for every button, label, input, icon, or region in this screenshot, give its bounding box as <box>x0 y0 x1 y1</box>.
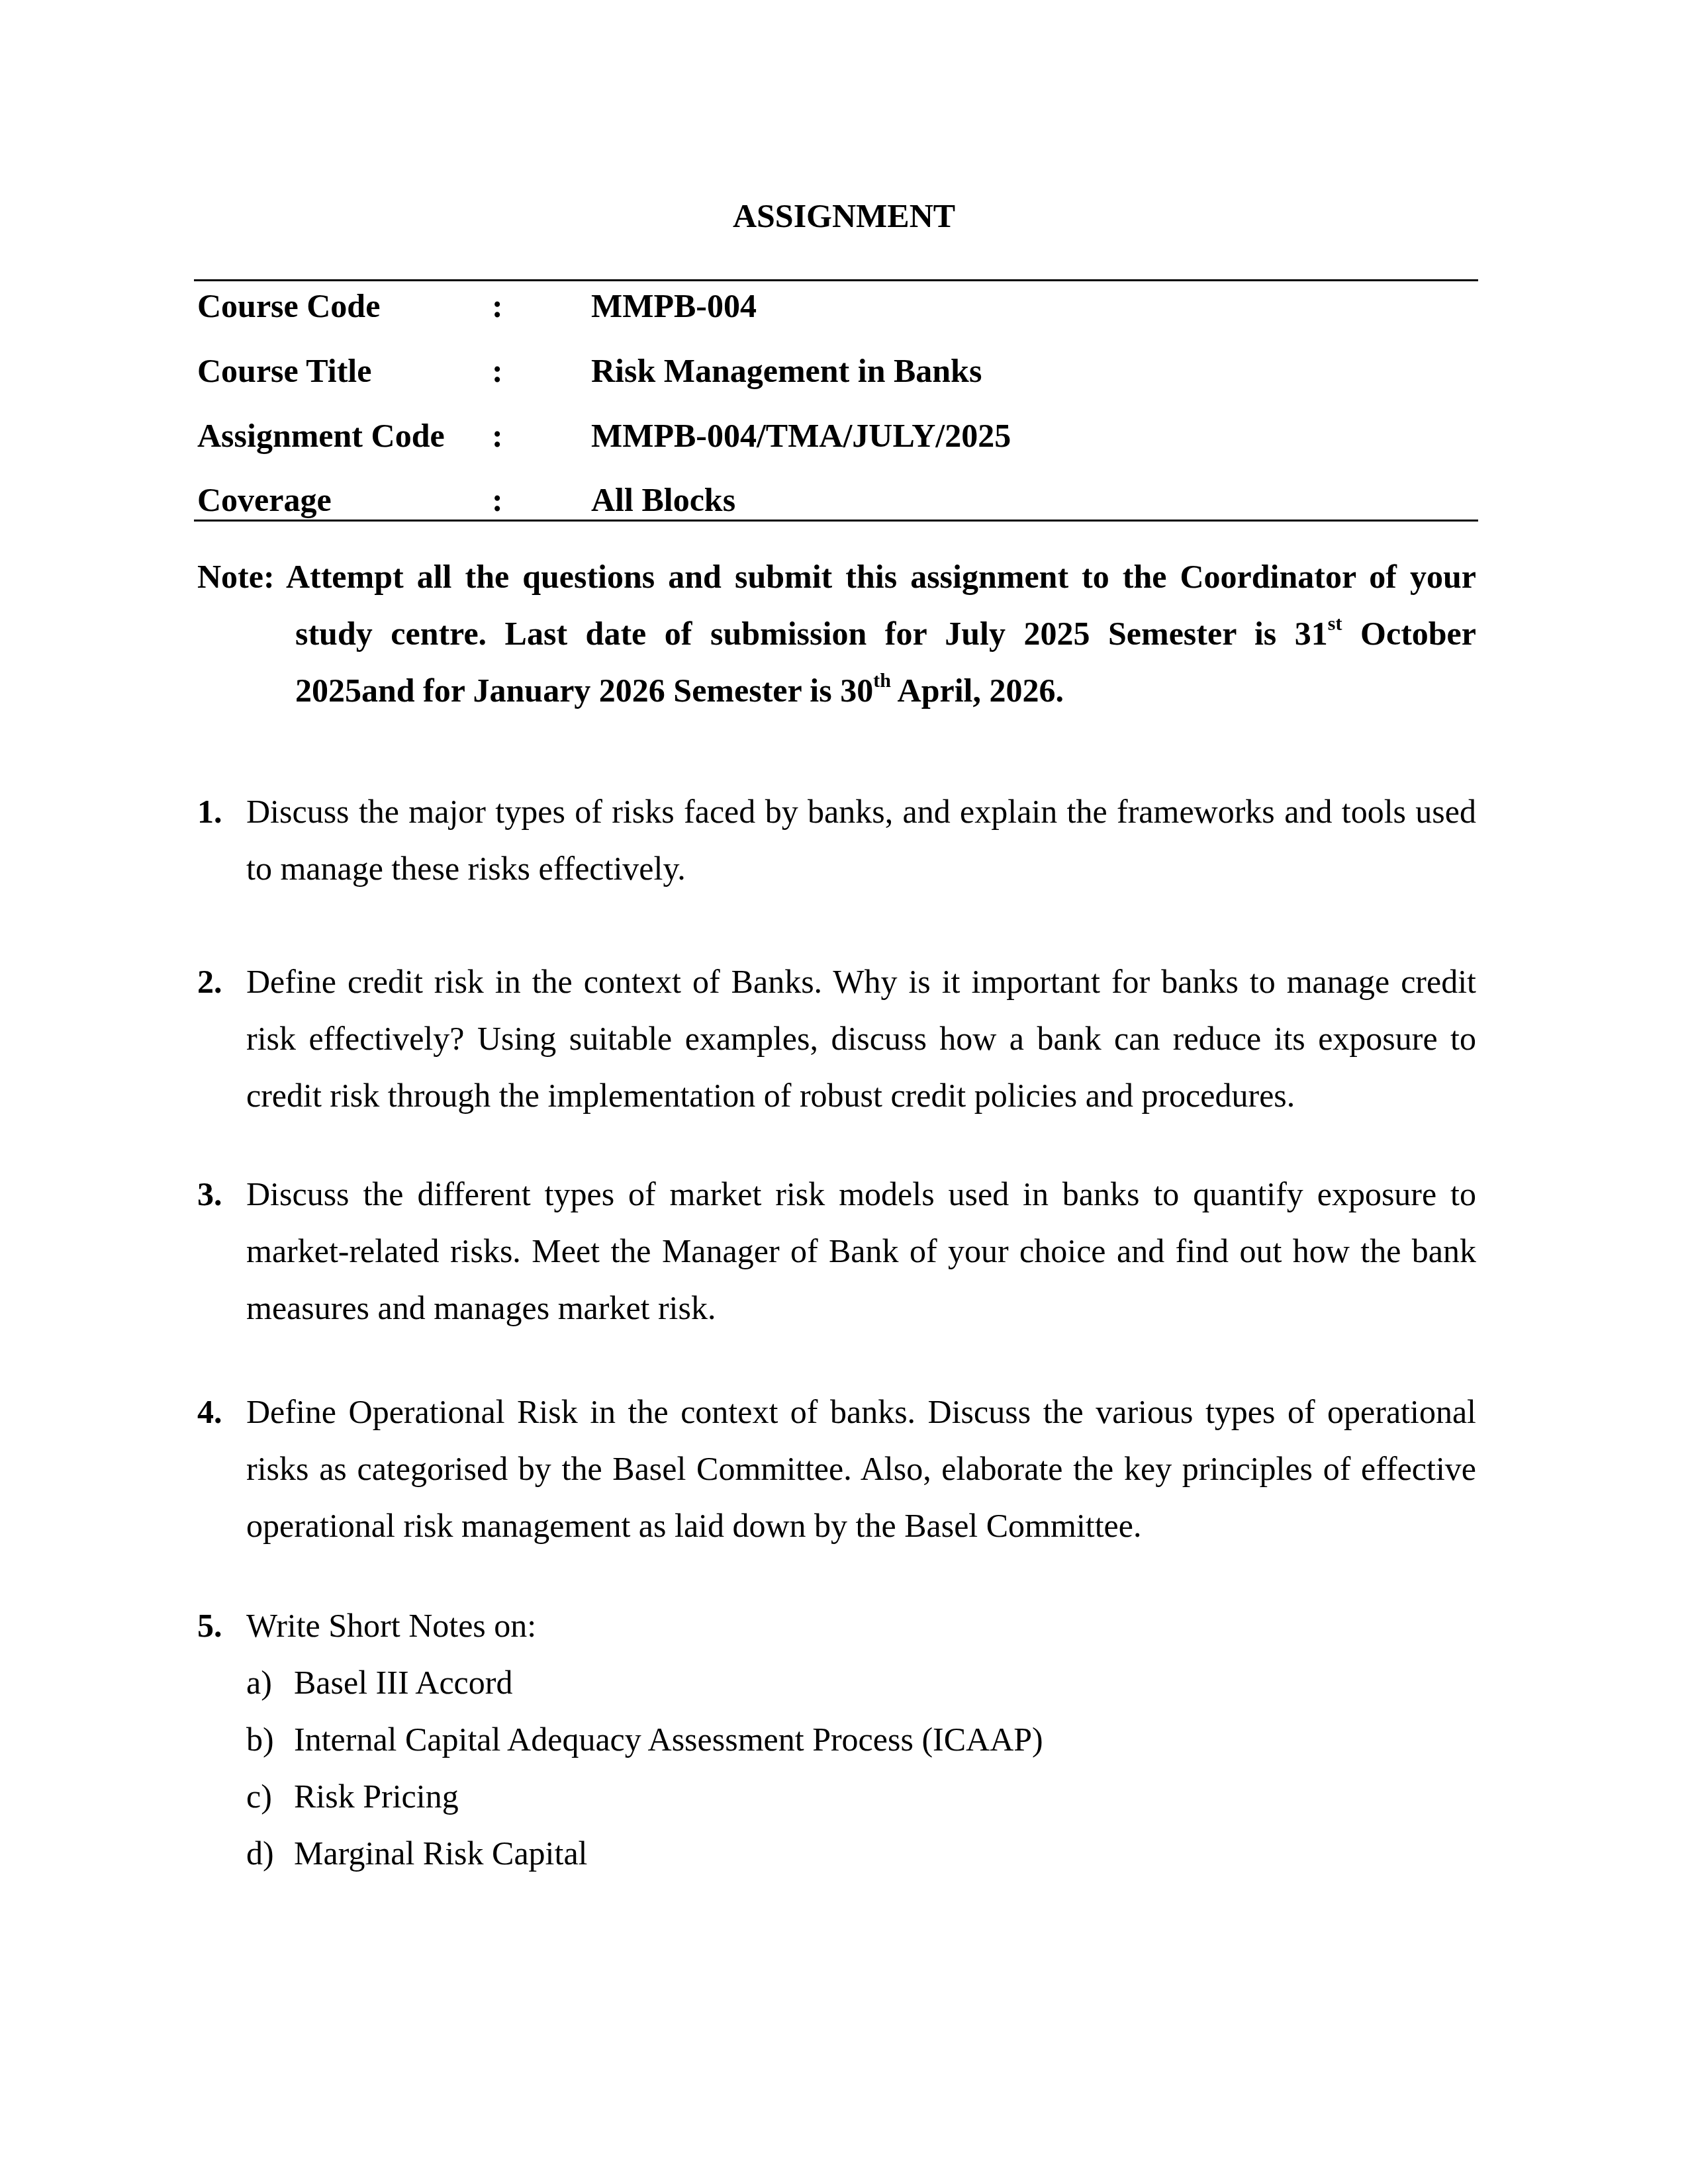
question-4: 4. Define Operational Risk in the contex… <box>197 1383 1476 1554</box>
meta-label: Course Title <box>197 351 371 390</box>
meta-label: Course Code <box>197 286 380 326</box>
note-sup-2: th <box>873 670 891 692</box>
subitem-letter: c) <box>246 1768 272 1825</box>
question-1: 1. Discuss the major types of risks face… <box>197 783 1476 897</box>
assignment-page: ASSIGNMENT Course Code : MMPB-004 Course… <box>0 0 1688 2184</box>
subitem-letter: d) <box>246 1825 274 1882</box>
meta-value: MMPB-004 <box>591 286 757 326</box>
question-number: 4. <box>197 1383 222 1440</box>
page-title: ASSIGNMENT <box>0 196 1688 236</box>
question-number: 2. <box>197 953 222 1010</box>
subitem-text: Marginal Risk Capital <box>294 1825 587 1882</box>
subitem-b: b) Internal Capital Adequacy Assessment … <box>197 1711 1476 1768</box>
subitem-d: d) Marginal Risk Capital <box>197 1825 1476 1882</box>
meta-label: Assignment Code <box>197 416 445 455</box>
question-text: Discuss the different types of market ri… <box>246 1165 1476 1336</box>
question-text: Define Operational Risk in the context o… <box>246 1383 1476 1554</box>
note-sup-1: st <box>1328 613 1342 635</box>
question-5: 5. Write Short Notes on: a) Basel III Ac… <box>197 1597 1476 1882</box>
subitem-text: Basel III Accord <box>294 1654 512 1711</box>
meta-separator: : <box>492 480 503 520</box>
subitem-a: a) Basel III Accord <box>197 1654 1476 1711</box>
question-text: Write Short Notes on: <box>246 1597 1476 1654</box>
meta-separator: : <box>492 286 503 326</box>
question-number: 1. <box>197 783 222 840</box>
subitem-letter: a) <box>246 1654 272 1711</box>
question-text: Discuss the major types of risks faced b… <box>246 783 1476 897</box>
submission-note: Note: Attempt all the questions and subm… <box>197 548 1476 719</box>
subitem-letter: b) <box>246 1711 274 1768</box>
meta-separator: : <box>492 416 503 455</box>
note-prefix: Note: <box>197 558 275 595</box>
meta-value: Risk Management in Banks <box>591 351 982 390</box>
meta-value: MMPB-004/TMA/JULY/2025 <box>591 416 1011 455</box>
question-3: 3. Discuss the different types of market… <box>197 1165 1476 1336</box>
header-top-rule <box>194 279 1478 281</box>
meta-label: Coverage <box>197 480 332 520</box>
note-text-3: April, 2026. <box>891 672 1064 709</box>
subitem-text: Risk Pricing <box>294 1768 459 1825</box>
question-text: Define credit risk in the context of Ban… <box>246 953 1476 1124</box>
meta-value: All Blocks <box>591 480 735 520</box>
question-2: 2. Define credit risk in the context of … <box>197 953 1476 1124</box>
subitem-c: c) Risk Pricing <box>197 1768 1476 1825</box>
meta-separator: : <box>492 351 503 390</box>
question-number: 5. <box>197 1597 222 1654</box>
note-text-1: Attempt all the questions and submit thi… <box>286 558 1476 652</box>
subitem-text: Internal Capital Adequacy Assessment Pro… <box>294 1711 1043 1768</box>
header-bottom-rule <box>194 520 1478 522</box>
question-number: 3. <box>197 1165 222 1222</box>
